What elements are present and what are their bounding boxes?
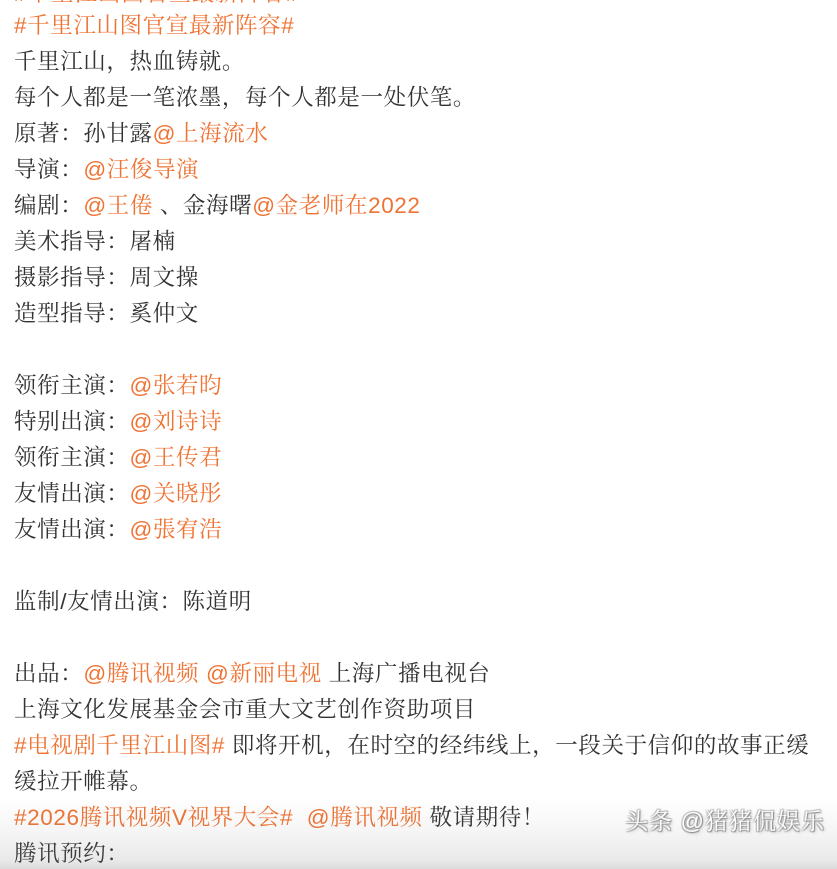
post-line: 上海文化发展基金会市重大文艺创作资助项目	[14, 692, 823, 728]
post-body: #千里江山图官宣最新阵容#千里江山，热血铸就。每个人都是一笔浓墨，每个人都是一处…	[0, 7, 837, 869]
text-segment: 摄影指导：周文操	[14, 265, 199, 290]
toutiao-watermark: 头条 @猪猪侃娱乐	[596, 776, 825, 863]
clipped-hashtag-text: #千里江山图官宣最新阵容#	[14, 0, 823, 5]
social-post-screenshot: #千里江山图官宣最新阵容# #千里江山图官宣最新阵容#千里江山，热血铸就。每个人…	[0, 0, 837, 869]
mention-link[interactable]: @腾讯视频	[307, 805, 423, 830]
mention-link[interactable]: @張宥浩	[130, 517, 223, 542]
post-line: #千里江山图官宣最新阵容#	[14, 8, 823, 44]
mention-link[interactable]: @刘诗诗	[130, 409, 223, 434]
text-segment	[199, 661, 206, 686]
post-line: 特别出演：@刘诗诗	[14, 404, 823, 440]
text-segment: 即将开机，在时空的经纬线上，一段关于信仰的故事正缓	[225, 733, 809, 758]
clipped-text-top: #千里江山图官宣最新阵容#	[0, 0, 837, 7]
post-line: 友情出演：@張宥浩	[14, 512, 823, 548]
hashtag-link[interactable]: #2026腾讯视频V视界大会#	[14, 805, 293, 830]
text-segment: 特别出演：	[14, 409, 130, 434]
hashtag-link[interactable]: #千里江山图官宣最新阵容#	[14, 13, 294, 38]
text-segment: 原著：孙甘露	[14, 121, 153, 146]
mention-link[interactable]: @腾讯视频	[83, 661, 199, 686]
post-line: 每个人都是一笔浓墨，每个人都是一处伏笔。	[14, 80, 823, 116]
post-line: 千里江山，热血铸就。	[14, 44, 823, 80]
blank-line	[14, 548, 823, 584]
mention-link[interactable]: @新丽电视	[206, 661, 322, 686]
text-segment: 缓拉开帷幕。	[14, 769, 153, 794]
text-segment: 友情出演：	[14, 481, 130, 506]
post-line: 监制/友情出演：陈道明	[14, 584, 823, 620]
post-line: 领衔主演：@张若昀	[14, 368, 823, 404]
text-segment: 导演：	[14, 157, 83, 182]
text-segment: 友情出演：	[14, 517, 130, 542]
watermark-text: 头条 @猪猪侃娱乐	[625, 808, 825, 834]
post-line: 美术指导：屠楠	[14, 224, 823, 260]
mention-link[interactable]: @王倦	[83, 193, 153, 218]
post-line: 摄影指导：周文操	[14, 260, 823, 296]
post-line: 编剧：@王倦 、金海曙@金老师在2022	[14, 188, 823, 224]
blank-line	[14, 620, 823, 656]
mention-link[interactable]: @上海流水	[153, 121, 269, 146]
mention-link[interactable]: @汪俊导演	[83, 157, 199, 182]
text-segment: 、金海曙	[153, 193, 252, 218]
text-segment: 腾讯预约：	[14, 841, 130, 866]
post-line: 领衔主演：@王传君	[14, 440, 823, 476]
post-line: 造型指导：奚仲文	[14, 296, 823, 332]
post-line: 原著：孙甘露@上海流水	[14, 116, 823, 152]
text-segment: 美术指导：屠楠	[14, 229, 176, 254]
mention-link[interactable]: @王传君	[130, 445, 223, 470]
blank-line	[14, 332, 823, 368]
mention-link[interactable]: @金老师在2022	[252, 193, 420, 218]
text-segment: 造型指导：奚仲文	[14, 301, 199, 326]
text-segment: 千里江山，热血铸就。	[14, 49, 245, 74]
text-segment: 敬请期待！	[423, 805, 545, 830]
mention-link[interactable]: @张若昀	[130, 373, 223, 398]
text-segment: 监制/友情出演：陈道明	[14, 589, 252, 614]
text-segment: 编剧：	[14, 193, 83, 218]
post-line: 出品：@腾讯视频 @新丽电视 上海广播电视台	[14, 656, 823, 692]
post-line: #电视剧千里江山图# 即将开机，在时空的经纬线上，一段关于信仰的故事正缓	[14, 728, 823, 764]
text-segment: 每个人都是一笔浓墨，每个人都是一处伏笔。	[14, 85, 476, 110]
text-segment	[293, 805, 307, 830]
text-segment: 领衔主演：	[14, 445, 130, 470]
mention-link[interactable]: @关晓彤	[130, 481, 223, 506]
post-line: 友情出演：@关晓彤	[14, 476, 823, 512]
text-segment: 领衔主演：	[14, 373, 130, 398]
text-segment: 上海广播电视台	[322, 661, 491, 686]
text-segment: 上海文化发展基金会市重大文艺创作资助项目	[14, 697, 476, 722]
text-segment: 出品：	[14, 661, 83, 686]
hashtag-link[interactable]: #电视剧千里江山图#	[14, 733, 225, 758]
post-line: 导演：@汪俊导演	[14, 152, 823, 188]
